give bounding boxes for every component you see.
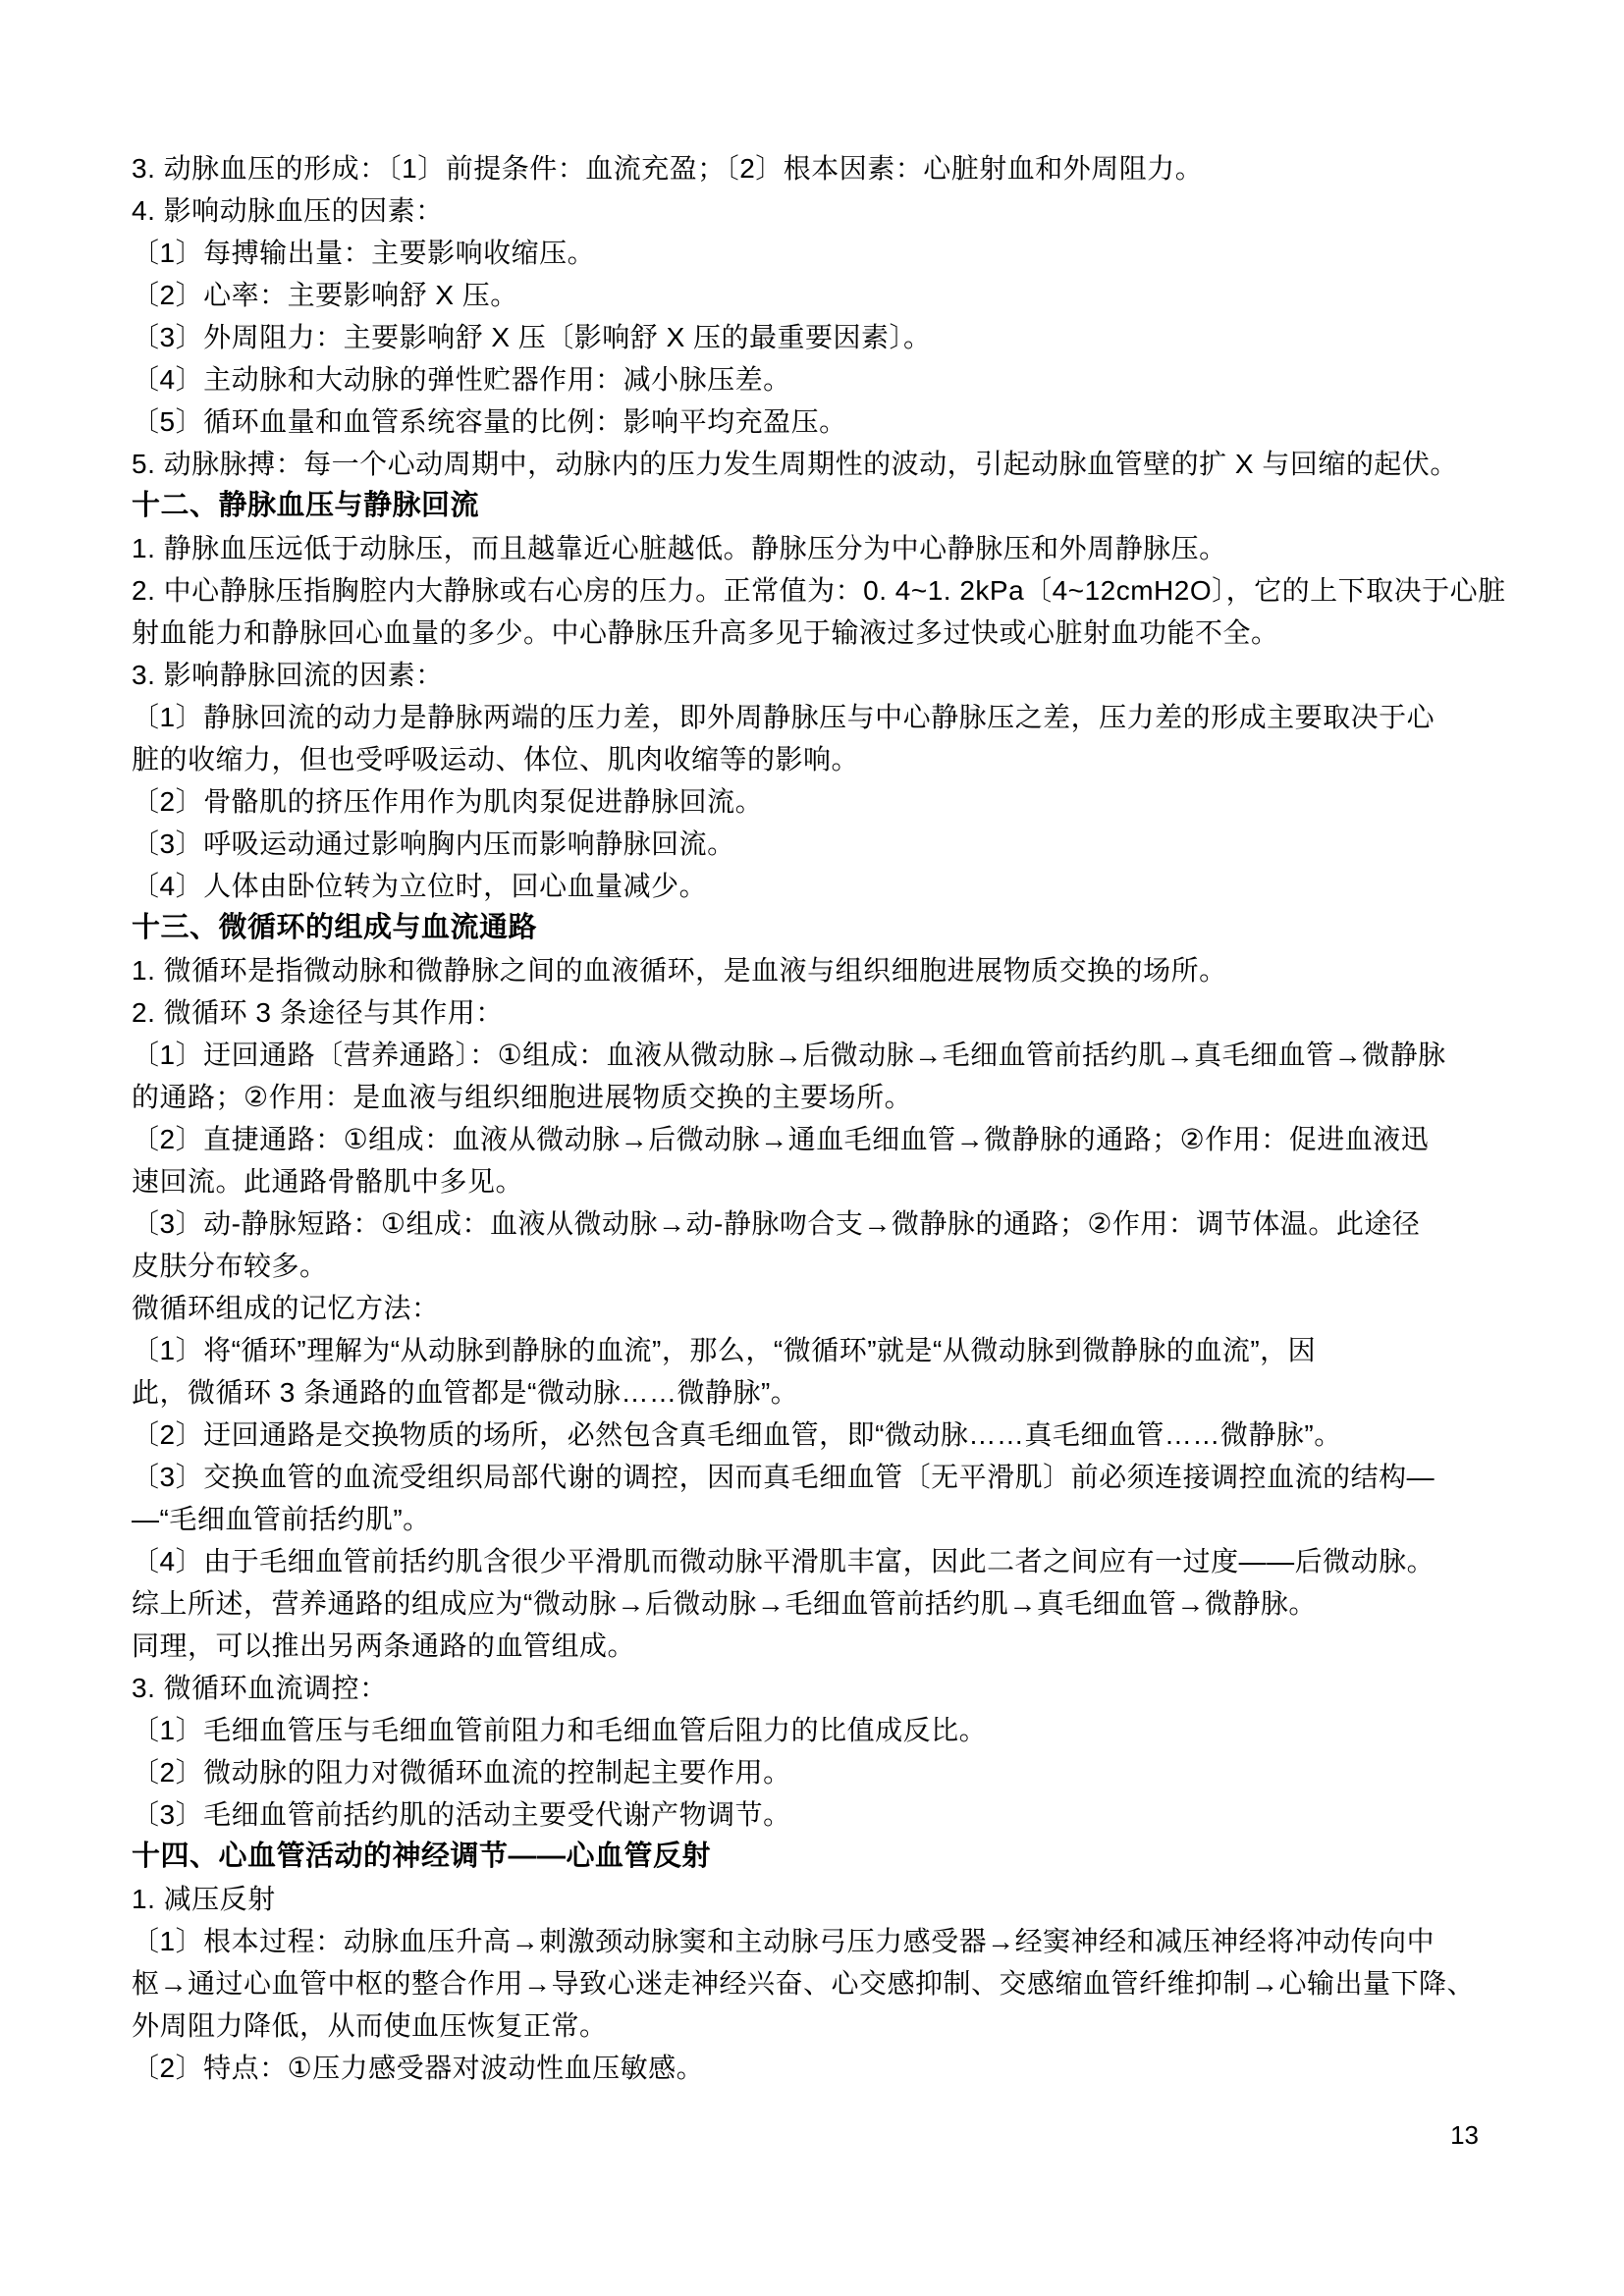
document-body: 3. 动脉血压的形成：〔1〕前提条件：血流充盈；〔2〕根本因素：心脏射血和外周阻… <box>132 147 1516 2089</box>
text-line: 此，微循环 3 条通路的血管都是“微动脉……微静脉”。 <box>132 1371 1516 1414</box>
text-line: 〔3〕外周阻力：主要影响舒 X 压〔影响舒 X 压的最重要因素〕。 <box>132 316 1516 358</box>
text-line: 的通路；②作用：是血液与组织细胞进展物质交换的主要场所。 <box>132 1076 1516 1118</box>
text-line: 脏的收缩力，但也受呼吸运动、体位、肌肉收缩等的影响。 <box>132 738 1516 780</box>
text-line: 3. 微循环血流调控： <box>132 1667 1516 1709</box>
text-line: 5. 动脉脉搏：每一个心动周期中，动脉内的压力发生周期性的波动，引起动脉血管壁的… <box>132 443 1516 485</box>
text-line: 〔5〕循环血量和血管系统容量的比例：影响平均充盈压。 <box>132 400 1516 443</box>
section-heading: 十四、心血管活动的神经调节——心血管反射 <box>132 1836 1516 1878</box>
text-line: 1. 减压反射 <box>132 1878 1516 1920</box>
text-line: 〔2〕骨骼肌的挤压作用作为肌肉泵促进静脉回流。 <box>132 780 1516 823</box>
section-heading: 十二、静脉血压与静脉回流 <box>132 485 1516 527</box>
text-line: 微循环组成的记忆方法： <box>132 1287 1516 1329</box>
text-line: 〔3〕毛细血管前括约肌的活动主要受代谢产物调节。 <box>132 1793 1516 1836</box>
text-line: 速回流。此通路骨骼肌中多见。 <box>132 1160 1516 1202</box>
text-line: 枢→通过心血管中枢的整合作用→导致心迷走神经兴奋、心交感抑制、交感缩血管纤维抑制… <box>132 1962 1516 2004</box>
text-line: 〔1〕将“循环”理解为“从动脉到静脉的血流”，那么，“微循环”就是“从微动脉到微… <box>132 1329 1516 1371</box>
text-line: 〔2〕迂回通路是交换物质的场所，必然包含真毛细血管，即“微动脉……真毛细血管……… <box>132 1414 1516 1456</box>
text-line: 〔1〕每搏输出量：主要影响收缩压。 <box>132 232 1516 274</box>
text-line: 同理，可以推出另两条通路的血管组成。 <box>132 1625 1516 1667</box>
text-line: 〔4〕由于毛细血管前括约肌含很少平滑肌而微动脉平滑肌丰富，因此二者之间应有一过度… <box>132 1540 1516 1582</box>
text-line: 〔3〕呼吸运动通过影响胸内压而影响静脉回流。 <box>132 823 1516 865</box>
text-line: 射血能力和静脉回心血量的多少。中心静脉压升高多见于输液过多过快或心脏射血功能不全… <box>132 612 1516 654</box>
text-line: 外周阻力降低，从而使血压恢复正常。 <box>132 2004 1516 2047</box>
text-line: 2. 中心静脉压指胸腔内大静脉或右心房的压力。正常值为：0. 4~1. 2kPa… <box>132 569 1516 612</box>
text-line: 〔3〕交换血管的血流受组织局部代谢的调控，因而真毛细血管〔无平滑肌〕前必须连接调… <box>132 1456 1516 1498</box>
text-line: 〔4〕人体由卧位转为立位时，回心血量减少。 <box>132 865 1516 907</box>
text-line: 〔3〕动-静脉短路：①组成：血液从微动脉→动-静脉吻合支→微静脉的通路；②作用：… <box>132 1202 1516 1245</box>
text-line: 〔2〕特点：①压力感受器对波动性血压敏感。 <box>132 2047 1516 2089</box>
page-number: 13 <box>1450 2120 1479 2150</box>
text-line: 1. 微循环是指微动脉和微静脉之间的血液循环，是血液与组织细胞进展物质交换的场所… <box>132 949 1516 991</box>
text-line: 〔4〕主动脉和大动脉的弹性贮器作用：减小脉压差。 <box>132 358 1516 400</box>
text-line: 3. 动脉血压的形成：〔1〕前提条件：血流充盈；〔2〕根本因素：心脏射血和外周阻… <box>132 147 1516 189</box>
text-line: 〔1〕根本过程：动脉血压升高→刺激颈动脉窦和主动脉弓压力感受器→经窦神经和减压神… <box>132 1920 1516 1962</box>
text-line: 〔2〕微动脉的阻力对微循环血流的控制起主要作用。 <box>132 1751 1516 1793</box>
text-line: 〔1〕静脉回流的动力是静脉两端的压力差，即外周静脉压与中心静脉压之差，压力差的形… <box>132 696 1516 738</box>
text-line: 〔2〕直捷通路：①组成：血液从微动脉→后微动脉→通血毛细血管→微静脉的通路；②作… <box>132 1118 1516 1160</box>
text-line: 3. 影响静脉回流的因素： <box>132 654 1516 696</box>
text-line: 2. 微循环 3 条途径与其作用： <box>132 991 1516 1034</box>
text-line: 1. 静脉血压远低于动脉压，而且越靠近心脏越低。静脉压分为中心静脉压和外周静脉压… <box>132 527 1516 569</box>
text-line: 〔1〕毛细血管压与毛细血管前阻力和毛细血管后阻力的比值成反比。 <box>132 1709 1516 1751</box>
text-line: 〔1〕迂回通路〔营养通路〕：①组成：血液从微动脉→后微动脉→毛细血管前括约肌→真… <box>132 1034 1516 1076</box>
text-line: 综上所述，营养通路的组成应为“微动脉→后微动脉→毛细血管前括约肌→真毛细血管→微… <box>132 1582 1516 1625</box>
text-line: 皮肤分布较多。 <box>132 1245 1516 1287</box>
section-heading: 十三、微循环的组成与血流通路 <box>132 907 1516 949</box>
text-line: 〔2〕心率：主要影响舒 X 压。 <box>132 274 1516 316</box>
text-line: 4. 影响动脉血压的因素： <box>132 189 1516 232</box>
text-line: —“毛细血管前括约肌”。 <box>132 1498 1516 1540</box>
